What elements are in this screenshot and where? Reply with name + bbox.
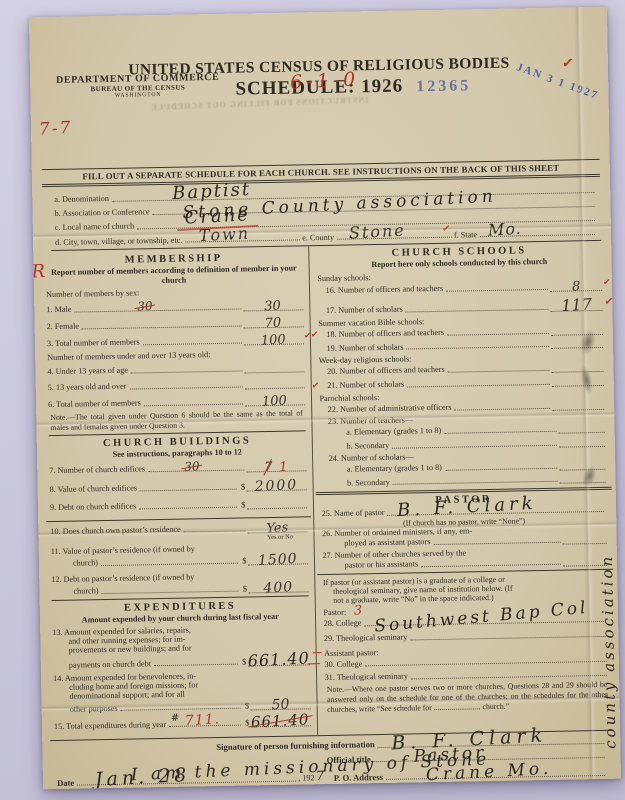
- q4-label: 4. Under 13 years of age: [47, 366, 128, 377]
- q11-answer: 1500: [247, 552, 307, 565]
- red-margin-code: 7-7: [39, 120, 73, 139]
- q24b-answer: [560, 482, 606, 484]
- q18-answer: [551, 334, 603, 336]
- q15-hash-mark: #: [171, 714, 180, 724]
- q9-label: 9. Debt on church edifices: [50, 502, 136, 513]
- dollar-sign: $: [242, 555, 246, 565]
- dotted-line: [407, 384, 550, 388]
- red-code-annotation: 6-1-0: [290, 70, 360, 93]
- dotted-line: [421, 564, 561, 568]
- left-column: MEMBERSHIP Report number of members acco…: [33, 247, 316, 741]
- signature-label: Signature of person furnishing informati…: [216, 740, 375, 753]
- q21-label: 21. Number of scholars: [327, 380, 404, 391]
- census-form-sheet: DEPARTMENT OF COMMERCE BUREAU OF THE CEN…: [29, 7, 621, 789]
- q27-row: 27. Number of other churches served by t…: [322, 546, 607, 571]
- red-tick: ✓: [604, 295, 614, 309]
- county-value: Stone: [349, 223, 407, 242]
- q20-answer: [552, 371, 604, 373]
- dotted-line: [154, 664, 238, 667]
- q29-row: 29. Theological seminary: [324, 629, 609, 644]
- dotted-line: [392, 444, 557, 448]
- q20-label: 20. Number of officers and teachers: [327, 365, 445, 377]
- dotted-line: [447, 333, 549, 336]
- q21-answer: [552, 385, 604, 387]
- q19-label: 19. Number of scholars: [327, 342, 404, 353]
- dotted-line: [101, 563, 238, 567]
- dotted-line: [393, 481, 558, 485]
- q27-line2: pastor or his assistants: [323, 559, 419, 571]
- q8-answer: 2000: [246, 478, 306, 491]
- q26-row: 26. Number of ordained ministers, if any…: [322, 524, 607, 549]
- serial-number-stamp: 12365: [416, 77, 471, 96]
- q3-row: 3. Total number of members 100 ✓: [47, 334, 304, 350]
- red-checkmark-top: ✓: [561, 55, 574, 73]
- photo-of-document: { "meta": { "serial": "12365", "date_sta…: [0, 0, 625, 800]
- q18-label: 18. Number of officers and teachers: [326, 328, 444, 340]
- agency-block: DEPARTMENT OF COMMERCE BUREAU OF THE CEN…: [56, 72, 220, 100]
- q12-label-line2: church): [51, 586, 98, 597]
- identification-fields: R a. Denomination Baptist b. Association…: [32, 179, 611, 252]
- membership-subtitle: Report number of members according to de…: [50, 264, 299, 287]
- q24a-row: a. Elementary (grades 1 to 8): [347, 460, 606, 475]
- q22-answer: [552, 409, 604, 411]
- dotted-line: [102, 591, 239, 595]
- q15-label: 15. Total expenditures during year: [54, 720, 166, 732]
- right-column: CHURCH SCHOOLS Report here only schools …: [308, 241, 620, 735]
- dollar-sign: $: [243, 583, 247, 593]
- q16-answer: 8 ✓: [550, 280, 602, 292]
- form-number-1: 6—5518 a: [57, 788, 85, 789]
- q25-label: 25. Name of pastor: [322, 508, 385, 519]
- form-header: DEPARTMENT OF COMMERCE BUREAU OF THE CEN…: [30, 53, 610, 168]
- q7-crossed-value: 30: [184, 460, 200, 473]
- q23a-answer: [559, 432, 605, 434]
- membership-note: Note.—The total given under Question 6 s…: [50, 408, 303, 432]
- church-name-label: c. Local name of church: [55, 221, 135, 232]
- q4-answer: [244, 371, 304, 373]
- q10-row: 10. Does church own pastor’s residence Y…: [50, 521, 307, 537]
- q1-answer: 30: [243, 300, 303, 312]
- dotted-line: [446, 289, 548, 292]
- q16-label: 16. Number of officers and teachers: [325, 284, 443, 296]
- q13-line4: payments on church debt: [53, 659, 151, 671]
- q7-answer: 7 1: [246, 460, 306, 472]
- association-label: b. Association or Conference: [54, 207, 149, 219]
- dotted-line: [407, 346, 550, 350]
- q11-label-line2: church): [51, 558, 98, 569]
- city-value: Town: [199, 226, 251, 245]
- q17-row: 17. Number of scholars 117 ✓: [326, 297, 603, 316]
- dotted-line: 30: [148, 469, 244, 472]
- form-body-columns: MEMBERSHIP Report number of members acco…: [33, 241, 620, 741]
- dotted-line: 30: [74, 309, 241, 313]
- red-tick: ✓: [310, 329, 318, 340]
- dotted-line: [140, 488, 237, 491]
- q2-label: 2. Female: [47, 322, 79, 332]
- q12-answer: 400: [248, 580, 308, 593]
- q1-crossed-value: 30: [137, 300, 153, 313]
- dollar-sign: $: [245, 701, 249, 711]
- q13-answer: 661.40: [247, 652, 309, 667]
- q9-answer: [247, 507, 307, 509]
- q24b-label: b. Secondary: [347, 477, 390, 488]
- q1-label: 1. Male: [46, 305, 71, 315]
- dotted-line: [411, 675, 607, 680]
- q6-label: 6. Total number of members: [48, 398, 141, 410]
- denomination-label: a. Denomination: [54, 194, 109, 205]
- dotted-line: [82, 326, 241, 330]
- q17-label: 17. Number of scholars: [326, 305, 403, 316]
- q17-answer: 117 ✓: [550, 297, 602, 312]
- q30-label: 30. College: [324, 659, 362, 670]
- dotted-line: Town: [185, 240, 300, 243]
- red-tick: ✓: [441, 224, 450, 237]
- dotted-line: Southwest Bap Col: [364, 621, 606, 626]
- q24b-row: b. Secondary: [347, 473, 606, 488]
- q16-row: 16. Number of officers and teachers 8 ✓: [325, 280, 602, 296]
- county-label: e. County: [302, 232, 334, 242]
- dotted-line: [139, 507, 237, 510]
- q7-row: 7. Number of church edifices 30 7 1: [49, 460, 306, 476]
- q23b-answer: [559, 446, 605, 448]
- age-heading: Number of members under and over 13 year…: [47, 349, 304, 363]
- dotted-line: [121, 708, 241, 711]
- q23b-label: b. Secondary: [346, 441, 389, 452]
- q13-row: 13. Amount expended for salaries, repair…: [52, 624, 309, 671]
- sex-heading: Number of members by sex:: [46, 286, 303, 300]
- q7-old-value: 7: [264, 461, 273, 474]
- q14-row: 14. Amount expended for benevolences, in…: [53, 670, 310, 715]
- q15-answer: 661.40: [250, 714, 310, 728]
- red-tick: ✓: [603, 277, 611, 288]
- dotted-line: [455, 408, 551, 411]
- pastor-note: Note.—Where one pastor serves two or mor…: [327, 680, 608, 714]
- q29-label: 29. Theological seminary: [324, 632, 407, 643]
- q15-corrected-total: 711.: [185, 713, 221, 729]
- q22-label: 22. Number of administrative officers: [328, 403, 452, 415]
- dotted-line: [143, 343, 242, 346]
- dotted-line: [433, 542, 560, 545]
- q12-row: 12. Debt on pastor’s residence (if owned…: [51, 570, 308, 597]
- q5-answer: [244, 387, 304, 389]
- q15-row: 15. Total expenditures during year # 711…: [54, 714, 311, 732]
- q6-row: 6. Total number of members 100: [48, 394, 305, 410]
- q15-struck-value: 661.40: [251, 713, 310, 731]
- city-label: d. City, town, village, or township, etc…: [55, 235, 182, 247]
- q31-label: 31. Theological seminary: [325, 672, 408, 683]
- q26-line2: ployed as assistant pastors: [322, 537, 430, 549]
- q7-label: 7. Number of church edifices: [49, 464, 145, 476]
- red-dash-mark: [312, 652, 321, 653]
- red-letter-r: R: [31, 263, 46, 282]
- q5-label: 5. 13 years old and over: [48, 382, 127, 393]
- q23a-label: a. Elementary (grades 1 to 8): [346, 426, 441, 438]
- q9-row: 9. Debt on church edifices $: [50, 498, 307, 513]
- dotted-line: [184, 530, 245, 532]
- dotted-line: [445, 467, 557, 470]
- q11-row: 11. Value of pastor’s residence (if owne…: [51, 542, 308, 569]
- q4-row: 4. Under 13 years of age: [47, 363, 304, 378]
- red-number-3: 3: [354, 604, 363, 617]
- q2-answer: 70: [243, 317, 303, 329]
- dotted-line: [144, 403, 243, 406]
- q3-answer: 100 ✓: [243, 334, 303, 346]
- dotted-line: [129, 386, 242, 389]
- dotted-line: [131, 371, 242, 374]
- q10-answer: Yes: [247, 521, 307, 533]
- q23a-row: a. Elementary (grades 1 to 8): [346, 423, 605, 438]
- dotted-line: [448, 370, 550, 373]
- state-label: f. State: [454, 230, 477, 240]
- dotted-line: [444, 431, 556, 434]
- dotted-line: Mo.: [480, 234, 595, 237]
- state-value: Mo.: [488, 221, 523, 239]
- dotted-line: [365, 661, 607, 666]
- dotted-line: Stone ✓: [337, 237, 452, 240]
- red-tick: ✓: [311, 380, 319, 391]
- q24a-answer: [559, 468, 605, 470]
- date-label: Date: [57, 777, 74, 788]
- dotted-line: [410, 635, 606, 640]
- dollar-sign: $: [241, 499, 245, 509]
- dotted-line: # 711.: [169, 725, 241, 727]
- q24a-label: a. Elementary (grades 1 to 8): [347, 463, 442, 475]
- margin-handwritten-note: county association: [599, 519, 618, 749]
- q3-label: 3. Total number of members: [47, 338, 140, 350]
- q14-answer: 50: [250, 698, 310, 711]
- q28-label: 28. College: [324, 618, 362, 629]
- q5-row: 5. 13 years old and over: [48, 378, 305, 393]
- q8-label: 8. Value of church edifices: [50, 483, 138, 494]
- q1-row: 1. Male 30 30: [46, 300, 303, 316]
- q2-row: 2. Female 70: [47, 317, 304, 333]
- q6-answer: 100: [244, 394, 304, 406]
- q7-corrected-value: 1: [278, 460, 287, 473]
- q19-answer: [551, 347, 603, 349]
- dollar-sign: $: [242, 657, 246, 667]
- red-line-mark: [307, 664, 319, 665]
- q8-row: 8. Value of church edifices $ 2000: [50, 478, 307, 495]
- dollar-sign: $: [241, 481, 245, 491]
- q14-line4: other purposes: [54, 703, 118, 714]
- dotted-line: [406, 309, 549, 313]
- dotted-line: B. F. Clark: [378, 743, 605, 748]
